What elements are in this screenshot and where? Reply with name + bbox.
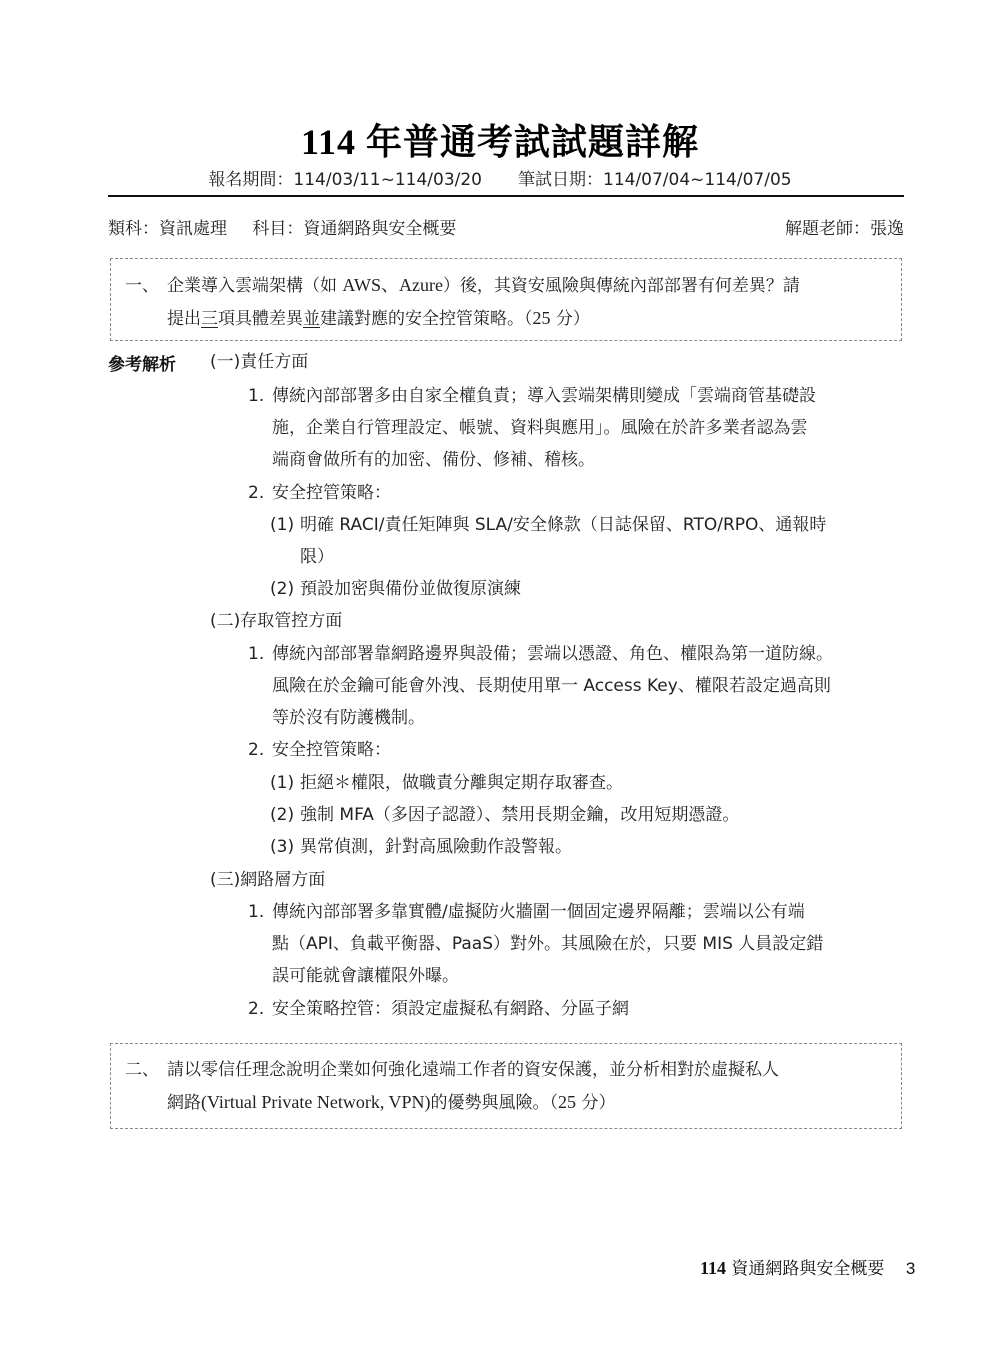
- answer-line: 施，企業自行管理設定、帳號、資料與應用」。風險在於許多業者認為雲: [272, 416, 808, 440]
- exam-page: 114 年普通考試試題詳解 報名期間：114/03/11~114/03/20筆試…: [0, 0, 1000, 1353]
- question-text: 項具體差異: [218, 309, 303, 329]
- exam-dates-line: 報名期間：114/03/11~114/03/20筆試日期：114/07/04~1…: [0, 165, 1000, 190]
- item-number: 1.: [248, 900, 264, 924]
- subitem-number: (2): [270, 577, 294, 601]
- page-number: 3: [906, 1259, 915, 1279]
- answer-line: 安全控管策略：: [272, 738, 391, 762]
- answer-line: 安全控管策略：: [272, 481, 391, 505]
- question-2-line-1: 二、請以零信任理念說明企業如何強化遠端工作者的資安保護，並分析相對於虛擬私人: [125, 1054, 887, 1086]
- subitem-number: (3): [270, 835, 294, 859]
- question-text: 網路: [167, 1093, 201, 1113]
- exam-meta: 類科：資訊處理 科目：資通網路與安全概要 解題老師：張逸: [108, 214, 904, 239]
- answer-line: 傳統內部部署多靠實體/虛擬防火牆圍一個固定邊界隔離；雲端以公有端: [272, 900, 805, 924]
- page-footer: 114 資通網路與安全概要 3: [700, 1254, 940, 1279]
- category: 類科：資訊處理: [108, 219, 227, 239]
- question-text: 請以零信任理念說明企業如何強化遠端工作者的資安保護，並分析相對於虛擬私人: [167, 1060, 779, 1080]
- question-text: ）後，其資安風險與傳統內部部署有何差異？請: [443, 276, 800, 296]
- question-2-line-2: 網路(Virtual Private Network, VPN)的優勢與風險。（…: [125, 1086, 887, 1119]
- answer-line: 等於沒有防護機制。: [272, 706, 425, 730]
- item-number: 2.: [248, 481, 264, 505]
- question-text-latin: AWS、Azure: [342, 275, 443, 295]
- section-heading: (二)存取管控方面: [210, 609, 342, 633]
- item-number: 1.: [248, 642, 264, 666]
- question-box-2: 二、請以零信任理念說明企業如何強化遠端工作者的資安保護，並分析相對於虛擬私人 網…: [110, 1043, 902, 1129]
- footer-year: 114: [700, 1258, 726, 1278]
- registration-period: 報名期間：114/03/11~114/03/20: [208, 165, 482, 190]
- question-text: 提出: [167, 309, 201, 329]
- header-divider: [108, 195, 904, 197]
- item-number: 2.: [248, 997, 264, 1021]
- answer-line: 傳統內部部署靠網路邊界與設備；雲端以憑證、角色、權限為第一道防線。: [272, 642, 833, 666]
- question-number: 二、: [125, 1054, 167, 1086]
- answer-line: 限）: [300, 545, 334, 569]
- underlined-text: 並: [303, 309, 320, 329]
- answer-line: 安全策略控管：須設定虛擬私有網路、分區子網: [272, 997, 629, 1021]
- answer-line: 傳統內部部署多由自家全權負責；導入雲端架構則變成「雲端商管基礎設: [272, 384, 816, 408]
- answer-line: 點（API、負載平衡器、PaaS）對外。其風險在於，只要 MIS 人員設定錯: [272, 932, 823, 956]
- answer-line: 誤可能就會讓權限外曝。: [272, 964, 459, 988]
- question-text: 分）: [576, 1093, 615, 1113]
- item-number: 1.: [248, 384, 264, 408]
- section-heading: (一)責任方面: [210, 350, 308, 374]
- question-text: 分）: [551, 309, 590, 329]
- question-text: 企業導入雲端架構（如: [167, 276, 342, 296]
- answer-label: 參考解析: [108, 350, 176, 375]
- question-box-1: 一、企業導入雲端架構（如 AWS、Azure）後，其資安風險與傳統內部部署有何差…: [110, 258, 902, 341]
- question-1-line-2: 提出三項具體差異並建議對應的安全控管策略。（25 分）: [125, 302, 887, 335]
- subitem-number: (1): [270, 513, 294, 537]
- answer-line: 風險在於金鑰可能會外洩、長期使用單一 Access Key、權限若設定過高則: [272, 674, 831, 698]
- subitem-number: (1): [270, 771, 294, 795]
- answer-line: 端商會做所有的加密、備份、修補、稽核。: [272, 448, 595, 472]
- answer-line: 拒絕＊權限，做職責分離與定期存取審查。: [300, 771, 623, 795]
- answer-line: 明確 RACI/責任矩陣與 SLA/安全條款（日誌保留、RTO/RPO、通報時: [300, 513, 826, 537]
- question-text: 建議對應的安全控管策略。（: [320, 309, 533, 329]
- subject: 科目：資通網路與安全概要: [252, 219, 456, 239]
- question-score: 25: [533, 308, 551, 328]
- section-heading: (三)網路層方面: [210, 868, 325, 892]
- answer-line: 異常偵測，針對高風險動作設警報。: [300, 835, 572, 859]
- item-number: 2.: [248, 738, 264, 762]
- question-1-line-1: 一、企業導入雲端架構（如 AWS、Azure）後，其資安風險與傳統內部部署有何差…: [125, 269, 887, 302]
- instructor: 解題老師：張逸: [785, 214, 904, 239]
- question-number: 一、: [125, 270, 167, 302]
- question-text: 的優勢與風險。（: [431, 1093, 559, 1113]
- answer-line: 強制 MFA（多因子認證）、禁用長期金鑰，改用短期憑證。: [300, 803, 739, 827]
- footer-subject: 資通網路與安全概要: [731, 1259, 884, 1279]
- subitem-number: (2): [270, 803, 294, 827]
- question-score: 25: [558, 1092, 576, 1112]
- underlined-text: 三: [201, 309, 218, 329]
- exam-dates: 筆試日期：114/07/04~114/07/05: [518, 165, 792, 190]
- question-text-latin: (Virtual Private Network, VPN): [201, 1092, 431, 1112]
- answer-line: 預設加密與備份並做復原演練: [300, 577, 521, 601]
- page-title: 114 年普通考試試題詳解: [0, 114, 1000, 165]
